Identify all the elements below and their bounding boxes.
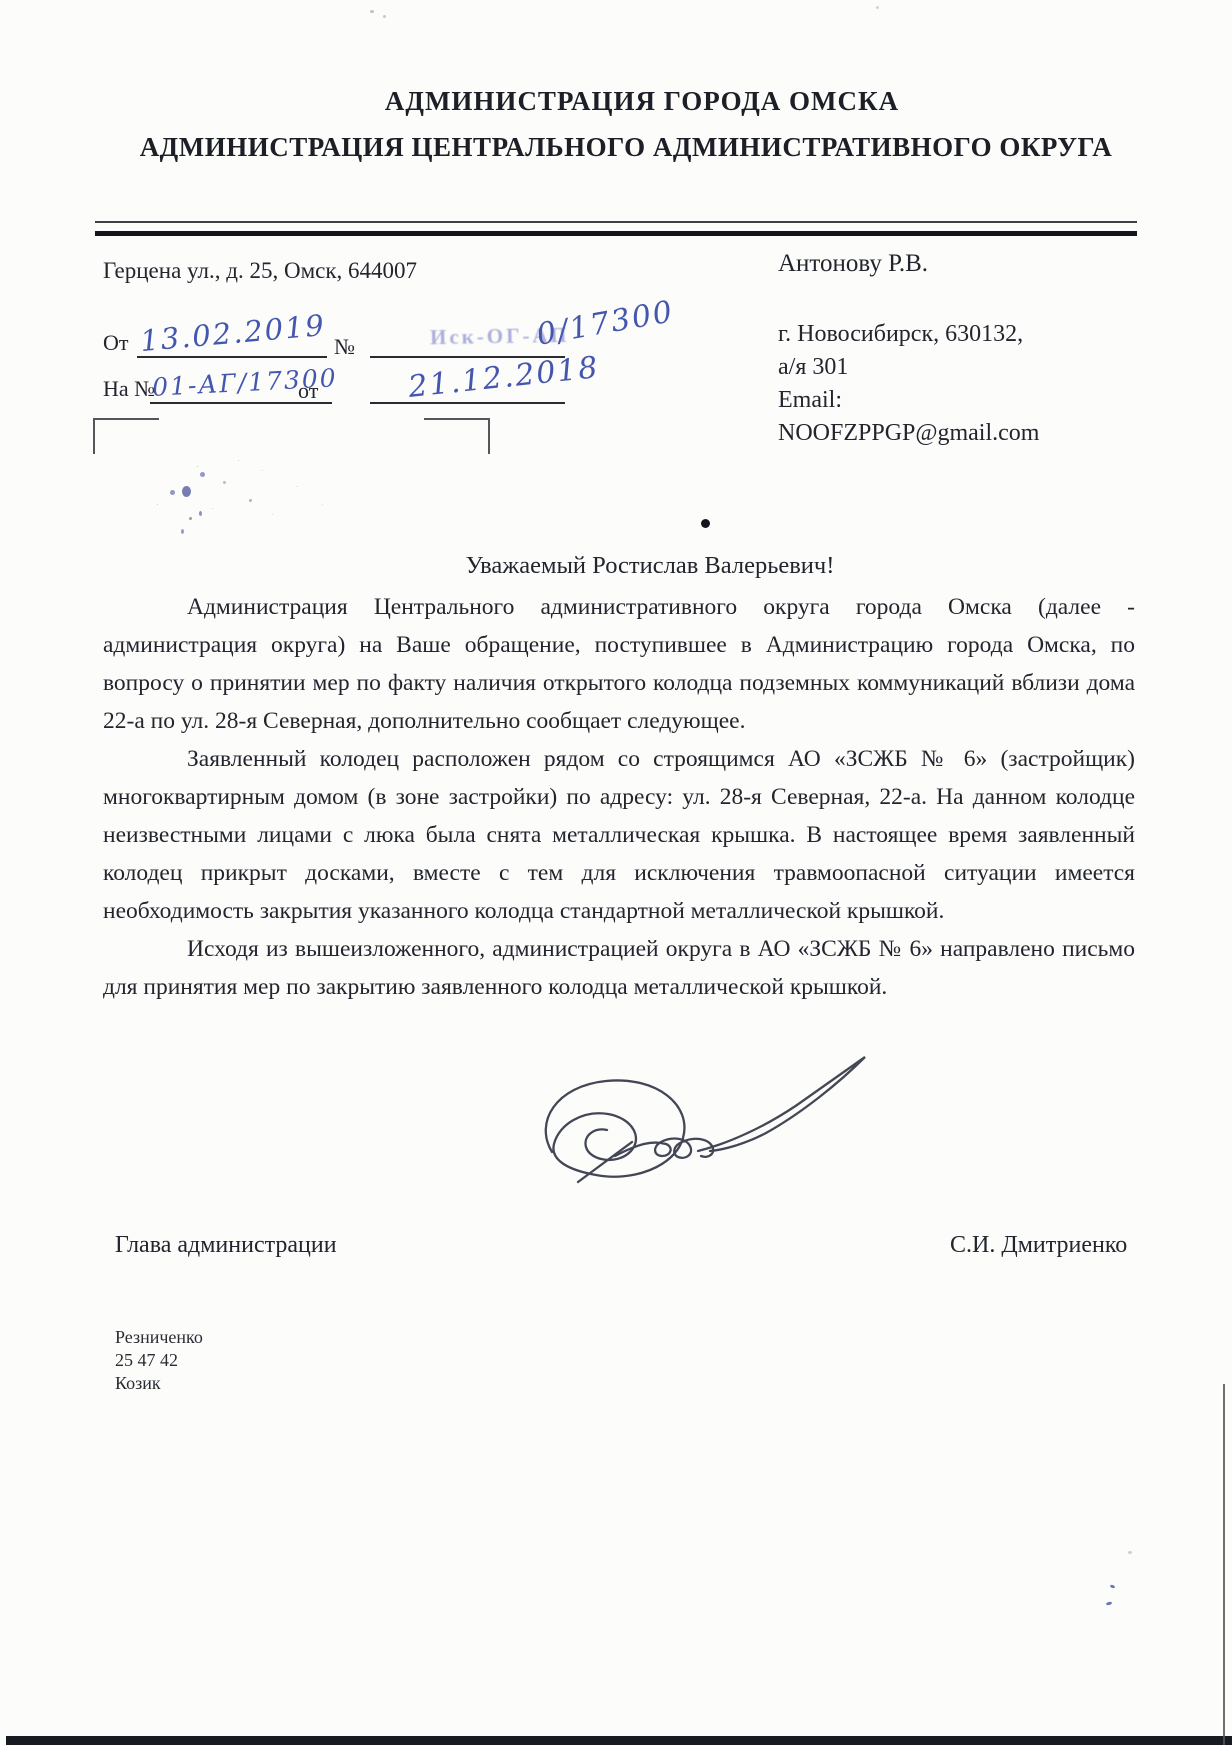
scan-edge-bottom <box>6 1736 1232 1745</box>
scan-edge-right <box>1223 1384 1225 1745</box>
address-window-corner-left <box>93 418 159 454</box>
body-paragraph: Заявленный колодец расположен рядом со с… <box>103 740 1135 930</box>
address-window-corner-right <box>424 418 490 454</box>
body-paragraph: Исходя из вышеизложенного, администрацие… <box>103 930 1135 1006</box>
recipient-email-label: Email: <box>778 384 1039 417</box>
form-underline-ref-date <box>370 402 565 404</box>
letter-body: Администрация Центрального административ… <box>103 588 1135 1006</box>
handwritten-outgoing-number: 0/17300 <box>534 294 677 353</box>
executor-name: Козик <box>115 1372 203 1395</box>
scan-noise-speck <box>1110 1584 1116 1589</box>
signer-name: С.И. Дмитриенко <box>950 1232 1127 1259</box>
scan-noise-speck <box>1128 1551 1132 1554</box>
scan-noise-speck <box>1106 1601 1113 1605</box>
sender-address: Герцена ул., д. 25, Омск, 644007 <box>103 258 417 284</box>
executor-contact-name: Резниченко <box>115 1326 203 1349</box>
letterhead-org-line1: АДМИНИСТРАЦИЯ ГОРОДА ОМСКА <box>52 86 1232 117</box>
reply-ref-label: На № <box>103 376 155 402</box>
signer-title: Глава администрации <box>115 1232 337 1259</box>
recipient-po-box: а/я 301 <box>778 351 1039 384</box>
ink-smudge <box>200 472 205 477</box>
salutation: Уважаемый Ростислав Валерьевич! <box>150 552 1150 580</box>
ink-blob <box>182 486 191 497</box>
form-underline-date <box>137 356 327 358</box>
letterhead-org-line2: АДМИНИСТРАЦИЯ ЦЕНТРАЛЬНОГО АДМИНИСТРАТИВ… <box>20 132 1232 163</box>
scanned-letter-page: АДМИНИСТРАЦИЯ ГОРОДА ОМСКА АДМИНИСТРАЦИЯ… <box>0 0 1232 1745</box>
recipient-city: г. Новосибирск, 630132, <box>778 318 1039 351</box>
handwritten-signature <box>520 1048 880 1198</box>
recipient-address-block: г. Новосибирск, 630132, а/я 301 Email: N… <box>778 318 1039 450</box>
handwritten-incoming-date: 21.12.2018 <box>407 350 601 405</box>
scan-noise-speck <box>370 10 374 13</box>
ink-dot <box>701 519 710 528</box>
letterhead-rule-thin <box>95 221 1137 223</box>
reply-from-label: от <box>298 378 318 404</box>
body-paragraph: Администрация Центрального административ… <box>103 588 1135 740</box>
executor-block: Резниченко 25 47 42 Козик <box>115 1326 203 1395</box>
scan-noise-speck <box>876 6 879 9</box>
from-label: От <box>103 330 129 356</box>
handwritten-outgoing-date: 13.02.2019 <box>139 308 327 358</box>
number-label: № <box>334 334 355 360</box>
letterhead-rule-thick <box>95 231 1137 236</box>
recipient-email: NOOFZPPGP@gmail.com <box>778 417 1039 450</box>
scan-noise-speck <box>383 15 386 18</box>
recipient-name: Антонову Р.В. <box>778 250 928 278</box>
executor-phone: 25 47 42 <box>115 1349 203 1372</box>
